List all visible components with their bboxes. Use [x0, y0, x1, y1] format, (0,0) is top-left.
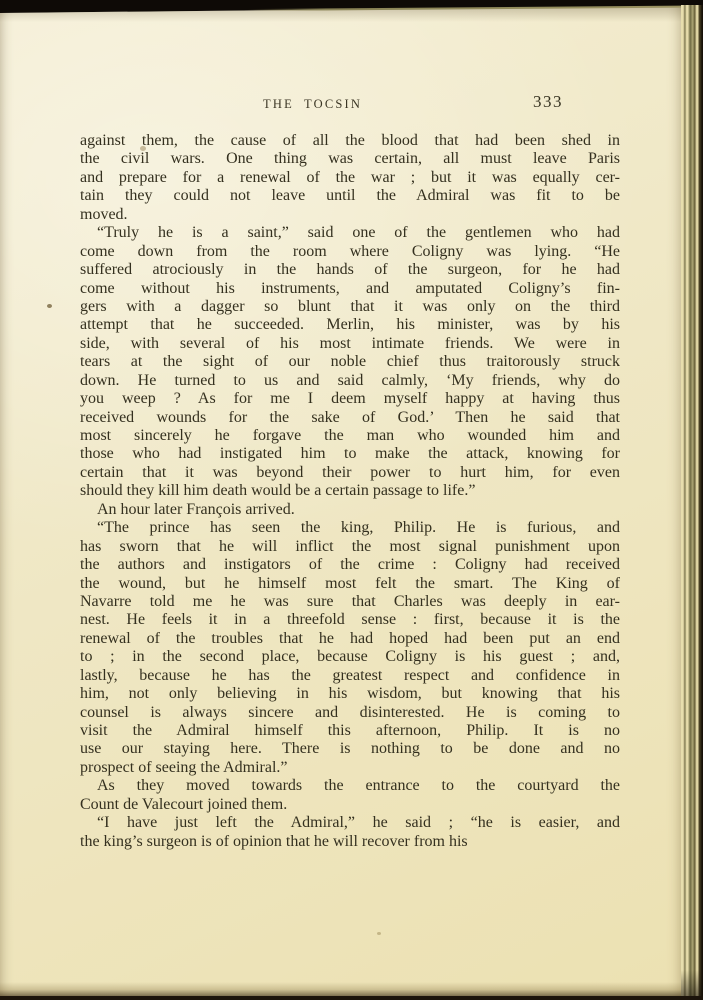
text-line: side, with several of his most intimate …	[80, 335, 620, 353]
text-line: visit the Admiral himself this afternoon…	[80, 722, 620, 740]
page-header: THE TOCSIN 333	[0, 95, 681, 117]
text-line: come down from the room where Coligny wa…	[80, 243, 620, 261]
text-line: the civil wars. One thing was certain, a…	[80, 150, 620, 168]
text-line: the authors and instigators of the crime…	[80, 556, 620, 574]
text-line: the wound, but he himself most felt the …	[80, 575, 620, 593]
text-line: “Truly he is a saint,” said one of the g…	[80, 224, 620, 242]
text-line: tain they could not leave until the Admi…	[80, 187, 620, 205]
text-line: gers with a dagger so blunt that it was …	[80, 298, 620, 316]
paragraph: against them, the cause of all the blood…	[80, 132, 620, 224]
book-page: THE TOCSIN 333 against them, the cause o…	[0, 0, 681, 996]
book-fore-edge	[681, 5, 703, 996]
text-line: Navarre told me he was sure that Charles…	[80, 593, 620, 611]
paragraph: As they moved towards the entrance to th…	[80, 777, 620, 814]
text-line: moved.	[80, 206, 620, 224]
text-line: prospect of seeing the Admiral.”	[80, 759, 620, 777]
text-line: those who had instigated him to make the…	[80, 445, 620, 463]
text-line: and prepare for a renewal of the war ; b…	[80, 169, 620, 187]
text-line: him, not only believing in his wisdom, b…	[80, 685, 620, 703]
paragraph: “Truly he is a saint,” said one of the g…	[80, 224, 620, 501]
text-line: tears at the sight of our noble chief th…	[80, 353, 620, 371]
text-line: certain that it was beyond their power t…	[80, 464, 620, 482]
text-line: use our staying here. There is nothing t…	[80, 740, 620, 758]
text-line: should they kill him death would be a ce…	[80, 482, 620, 500]
paragraph: “The prince has seen the king, Philip. H…	[80, 519, 620, 777]
text-line: Count de Valecourt joined them.	[80, 796, 620, 814]
text-line: suffered atrociously in the hands of the…	[80, 261, 620, 279]
text-line: As they moved towards the entrance to th…	[80, 777, 620, 795]
text-line: to ; in the second place, because Colign…	[80, 648, 620, 666]
text-line: down. He turned to us and said calmly, ‘…	[80, 372, 620, 390]
text-line: “I have just left the Admiral,” he said …	[80, 814, 620, 832]
text-block: against them, the cause of all the blood…	[80, 132, 620, 851]
text-line: lastly, because he has the greatest resp…	[80, 667, 620, 685]
text-line: has sworn that he will inflict the most …	[80, 538, 620, 556]
text-line: most sincerely he forgave the man who wo…	[80, 427, 620, 445]
book-scan-scene: THE TOCSIN 333 against them, the cause o…	[0, 0, 703, 1000]
text-line: “The prince has seen the king, Philip. H…	[80, 519, 620, 537]
text-line: An hour later François arrived.	[80, 501, 620, 519]
text-line: the king’s surgeon is of opinion that he…	[80, 833, 620, 851]
text-line: come without his instruments, and amputa…	[80, 280, 620, 298]
paragraph: “I have just left the Admiral,” he said …	[80, 814, 620, 851]
text-line: nest. He feels it in a threefold sense :…	[80, 611, 620, 629]
running-title: THE TOCSIN	[263, 97, 362, 112]
paragraph: An hour later François arrived.	[80, 501, 620, 519]
text-line: received wounds for the sake of God.’ Th…	[80, 409, 620, 427]
text-line: you weep ? As for me I deem myself happy…	[80, 390, 620, 408]
paper-speck	[47, 304, 52, 308]
paper-speck	[377, 932, 381, 935]
text-line: renewal of the troubles that he had hope…	[80, 630, 620, 648]
text-line: against them, the cause of all the blood…	[80, 132, 620, 150]
page-number: 333	[533, 92, 563, 112]
text-line: counsel is always sincere and disinteres…	[80, 704, 620, 722]
text-line: attempt that he succeeded. Merlin, his m…	[80, 316, 620, 334]
